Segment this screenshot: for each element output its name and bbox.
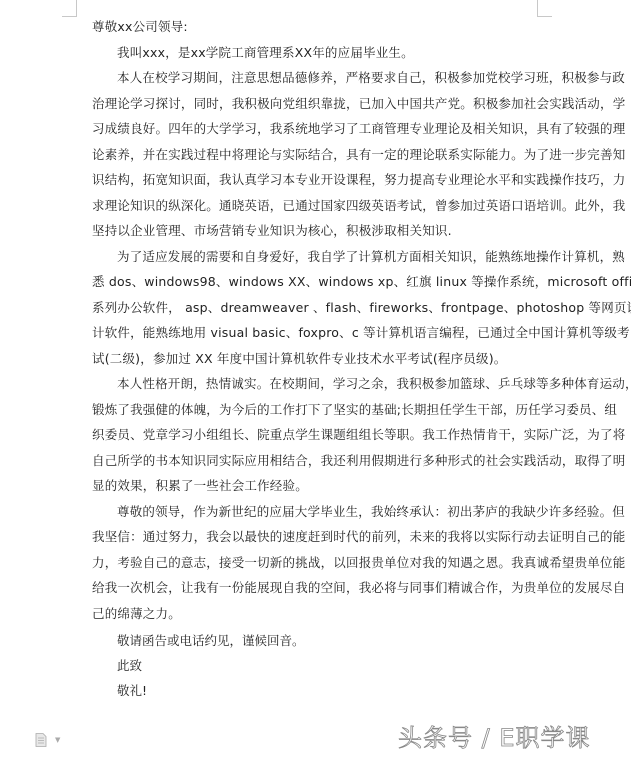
text-line: 试(二级)，参加过 XX 年度中国计算机软件专业技术水平考试(程序员级)。: [92, 346, 522, 372]
text-line: 己的绵薄之力。: [92, 601, 522, 627]
text-line: 本人在校学习期间，注意思想品德修养，严格要求自己，积极参加党校学习班，积极参与政: [92, 65, 522, 91]
closing-line: 敬礼!: [92, 678, 522, 703]
text-line: 我坚信：通过努力，我会以最快的速度赶到时代的前列，未来的我将以实际行动去证明自己…: [92, 524, 522, 550]
text-line: 系列办公软件， asp、dreamweaver 、flash、fireworks…: [92, 295, 522, 321]
crop-mark-top-left-v: [76, 0, 77, 16]
text-line: 锻炼了我强健的体魄，为今后的工作打下了坚实的基础;长期担任学生干部，历任学习委员…: [92, 397, 522, 423]
document-body: 我叫xxx，是xx学院工商管理系XX年的应届毕业生。本人在校学习期间，注意思想品…: [92, 40, 522, 627]
closing-line: 此致: [92, 653, 522, 678]
text-line: 我叫xxx，是xx学院工商管理系XX年的应届毕业生。: [92, 40, 522, 66]
crop-mark-top-left-h: [62, 16, 77, 17]
text-line: 论素养，并在实践过程中将理论与实际结合，具有一定的理论联系实际能力。为了进一步完…: [92, 142, 522, 168]
text-line: 自己所学的书本知识同实际应用相结合，我还利用假期进行多种形式的社会实践活动，取得…: [92, 448, 522, 474]
paragraph: 本人性格开朗，热情诚实。在校期间，学习之余，我积极参加篮球、乒乓球等多种体育运动…: [92, 371, 522, 499]
watermark: 头条号 / E职学课: [398, 718, 591, 753]
text-line: 治理论学习探讨，同时，我积极向党组织靠拢，已加入中国共产党。积极参加社会实践活动…: [92, 91, 522, 117]
text-line: 给我一次机会，让我有一份能展现自我的空间，我必将与同事们精诚合作，为贵单位的发展…: [92, 575, 522, 601]
closing-block: 敬请函告或电话约见，谨候回音。此致敬礼!: [92, 628, 522, 703]
text-line: 本人性格开朗，热情诚实。在校期间，学习之余，我积极参加篮球、乒乓球等多种体育运动…: [92, 371, 522, 397]
paragraph: 本人在校学习期间，注意思想品德修养，严格要求自己，积极参加党校学习班，积极参与政…: [92, 65, 522, 244]
text-line: 为了适应发展的需要和自身爱好，我自学了计算机方面相关知识，能熟练地操作计算机，熟: [92, 244, 522, 270]
document-page: 尊敬xx公司领导: 我叫xxx，是xx学院工商管理系XX年的应届毕业生。本人在校…: [92, 14, 522, 703]
paragraph: 我叫xxx，是xx学院工商管理系XX年的应届毕业生。: [92, 40, 522, 66]
text-line: 计软件，能熟练地用 visual basic、foxpro、c 等计算机语言编程…: [92, 320, 522, 346]
text-line: 求理论知识的纵深化。通晓英语，已通过国家四级英语考试，曾参加过英语口语培训。此外…: [92, 193, 522, 219]
closing-line: 敬请函告或电话约见，谨候回音。: [92, 628, 522, 653]
document-page-icon[interactable]: [35, 733, 47, 747]
chevron-down-icon[interactable]: ▼: [55, 736, 60, 744]
text-line: 习成绩良好。四年的大学学习，我系统地学习了工商管理专业理论及相关知识，具有了较强…: [92, 116, 522, 142]
text-line: 织委员、党章学习小组组长、院重点学生课题组组长等职。我工作热情肯干，实际广泛，为…: [92, 422, 522, 448]
crop-mark-top-right-v: [537, 0, 538, 16]
text-line: 尊敬的领导，作为新世纪的应届大学毕业生，我始终承认：初出茅庐的我缺少许多经验。但: [92, 499, 522, 525]
text-line: 坚持以企业管理、市场营销专业知识为核心，积极涉取相关知识.: [92, 218, 522, 244]
paragraph: 为了适应发展的需要和自身爱好，我自学了计算机方面相关知识，能熟练地操作计算机，熟…: [92, 244, 522, 372]
text-line: 识结构，拓宽知识面，我认真学习本专业开设课程，努力提高专业理论水平和实践操作技巧…: [92, 167, 522, 193]
text-line: 力，考验自己的意志，接受一切新的挑战，以回报贵单位对我的知遇之恩。我真诚希望贵单…: [92, 550, 522, 576]
text-line: 悉 dos、windows98、windows XX、windows xp、红旗…: [92, 269, 522, 295]
crop-mark-top-right-h: [537, 16, 552, 17]
salutation: 尊敬xx公司领导:: [92, 14, 522, 40]
text-line: 显的效果，积累了一些社会工作经验。: [92, 473, 522, 499]
paragraph: 尊敬的领导，作为新世纪的应届大学毕业生，我始终承认：初出茅庐的我缺少许多经验。但…: [92, 499, 522, 627]
